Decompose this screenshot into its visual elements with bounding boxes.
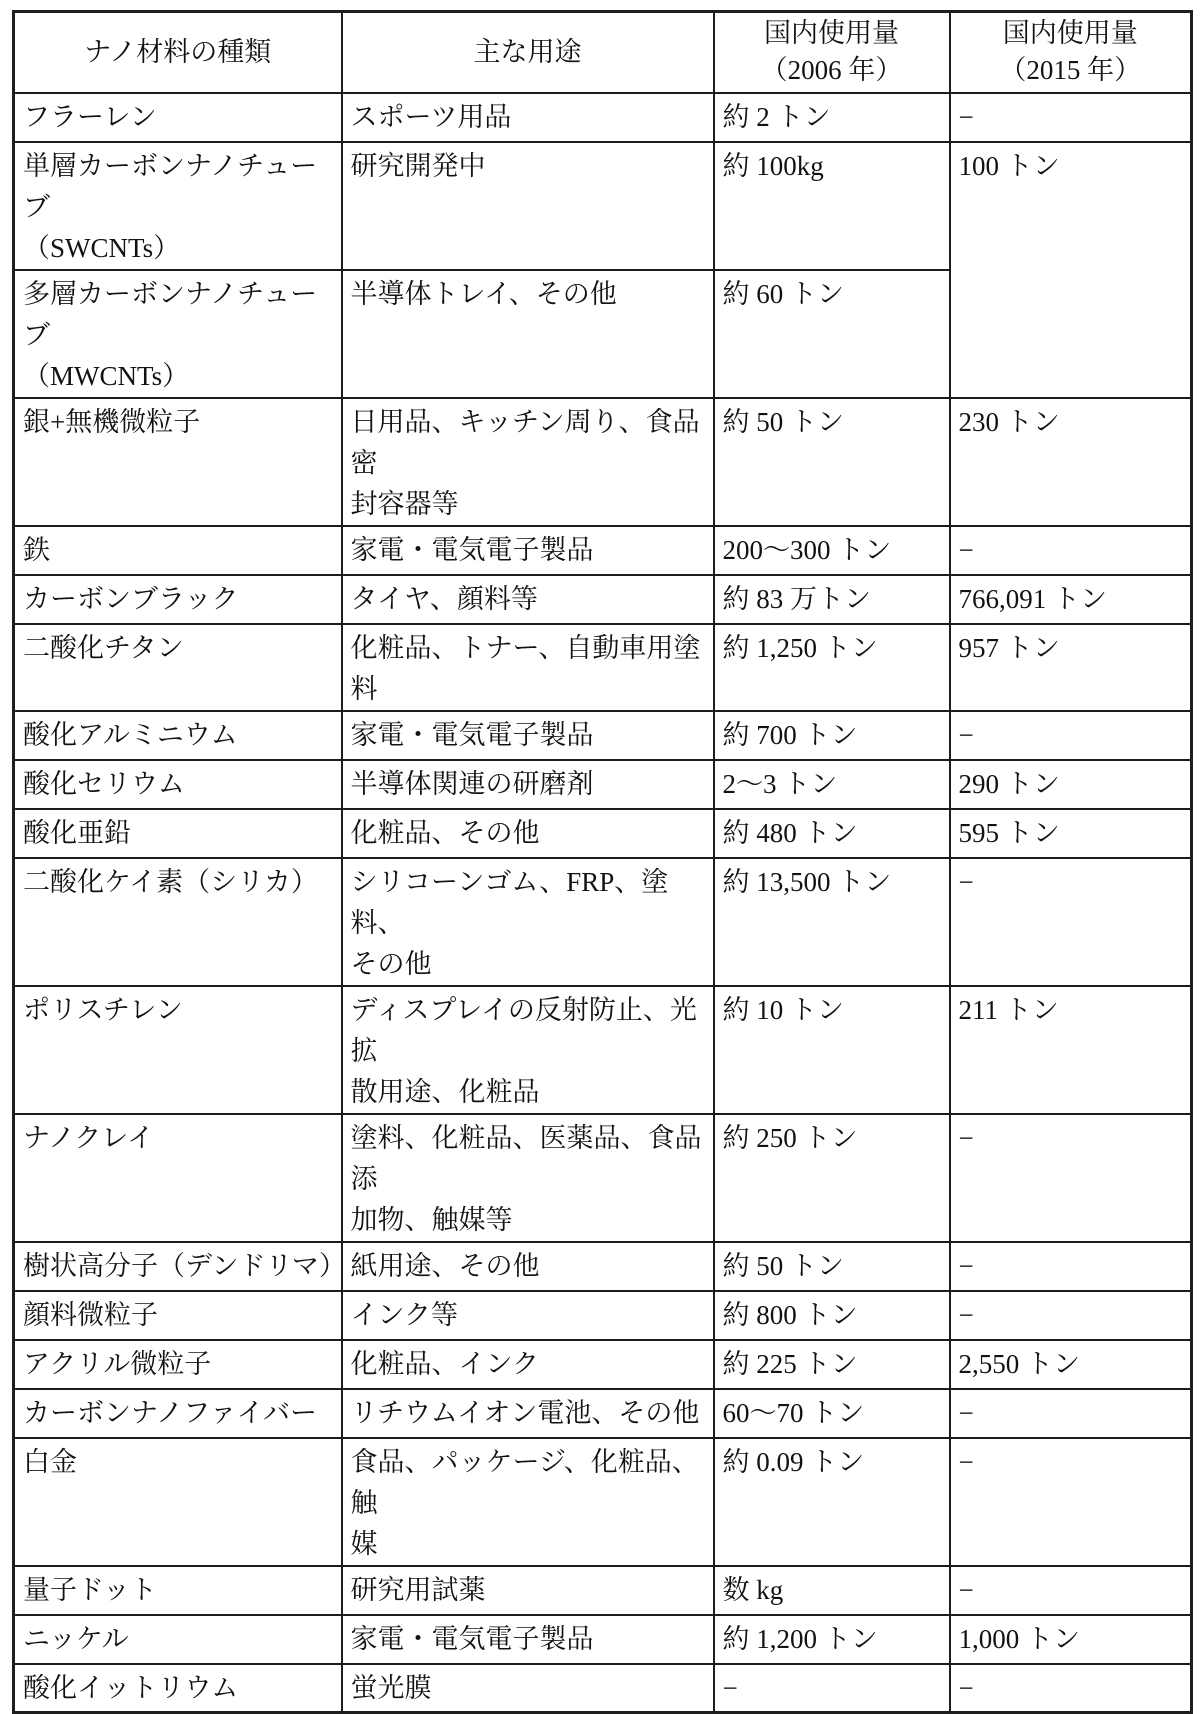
usage-2006-cell: 約 50 トン [714,1242,950,1291]
table-row: 顔料微粒子インク等約 800 トン− [14,1291,1192,1340]
table-row: 酸化亜鉛化粧品、その他約 480 トン595 トン [14,809,1192,858]
usage-2015-cell: − [950,1242,1192,1291]
use-cell: 日用品、キッチン周り、食品密 封容器等 [342,398,714,526]
use-cell: シリコーンゴム、FRP、塗料、 その他 [342,858,714,986]
usage-2015-cell: − [950,1438,1192,1566]
use-cell: ディスプレイの反射防止、光拡 散用途、化粧品 [342,986,714,1114]
usage-2006-cell: 約 13,500 トン [714,858,950,986]
usage-2015-cell: 766,091 トン [950,575,1192,624]
usage-2015-cell: 595 トン [950,809,1192,858]
usage-2006-cell: 60～70 トン [714,1389,950,1438]
table-row: 樹状高分子（デンドリマ）紙用途、その他約 50 トン− [14,1242,1192,1291]
column-header-usage-2015: 国内使用量 （2015 年） [950,12,1192,93]
usage-2006-cell: 約 1,200 トン [714,1615,950,1664]
use-cell: インク等 [342,1291,714,1340]
material-cell: ニッケル [14,1615,342,1664]
usage-2006-cell: 約 10 トン [714,986,950,1114]
material-cell: カーボンナノファイバー [14,1389,342,1438]
material-cell: アクリル微粒子 [14,1340,342,1389]
use-cell: スポーツ用品 [342,93,714,142]
usage-2015-cell: − [950,1389,1192,1438]
usage-2015-cell: 2,550 トン [950,1340,1192,1389]
usage-2006-cell: − [714,1664,950,1713]
material-cell: 酸化セリウム [14,760,342,809]
table-body: フラーレンスポーツ用品約 2 トン−単層カーボンナノチューブ （SWCNTs）研… [14,93,1192,1713]
material-cell: 二酸化チタン [14,624,342,711]
usage-2015-cell: 230 トン [950,398,1192,526]
usage-2015-cell: 1,000 トン [950,1615,1192,1664]
table-row: 二酸化ケイ素（シリカ）シリコーンゴム、FRP、塗料、 その他約 13,500 ト… [14,858,1192,986]
nanomaterials-table: ナノ材料の種類 主な用途 国内使用量 （2006 年） 国内使用量 （2015 … [12,10,1193,1714]
table-row: 酸化イットリウム蛍光膜−− [14,1664,1192,1713]
usage-2015-cell: − [950,711,1192,760]
usage-2006-cell: 約 83 万トン [714,575,950,624]
table-row: ニッケル家電・電気電子製品約 1,200 トン1,000 トン [14,1615,1192,1664]
material-cell: フラーレン [14,93,342,142]
usage-2015-cell: − [950,1291,1192,1340]
usage-2015-cell: − [950,526,1192,575]
usage-2015-cell: − [950,93,1192,142]
use-cell: 家電・電気電子製品 [342,711,714,760]
column-header-usage-2006: 国内使用量 （2006 年） [714,12,950,93]
usage-2015-cell: 100 トン [950,142,1192,398]
usage-2015-cell: − [950,1664,1192,1713]
table-row: 単層カーボンナノチューブ （SWCNTs）研究開発中約 100kg100 トン [14,142,1192,270]
use-cell: 家電・電気電子製品 [342,526,714,575]
usage-2006-cell: 200～300 トン [714,526,950,575]
material-cell: 樹状高分子（デンドリマ） [14,1242,342,1291]
use-cell: 化粧品、トナー、自動車用塗料 [342,624,714,711]
usage-2015-cell: 290 トン [950,760,1192,809]
use-cell: 半導体トレイ、その他 [342,270,714,398]
use-cell: 紙用途、その他 [342,1242,714,1291]
use-cell: リチウムイオン電池、その他 [342,1389,714,1438]
usage-2006-cell: 約 225 トン [714,1340,950,1389]
table-row: カーボンブラックタイヤ、顔料等約 83 万トン766,091 トン [14,575,1192,624]
use-cell: 蛍光膜 [342,1664,714,1713]
usage-2006-cell: 2～3 トン [714,760,950,809]
material-cell: 二酸化ケイ素（シリカ） [14,858,342,986]
table-row: カーボンナノファイバーリチウムイオン電池、その他60～70 トン− [14,1389,1192,1438]
table-row: 鉄家電・電気電子製品200～300 トン− [14,526,1192,575]
usage-2006-cell: 数 kg [714,1566,950,1615]
material-cell: ナノクレイ [14,1114,342,1242]
table-row: 酸化アルミニウム家電・電気電子製品約 700 トン− [14,711,1192,760]
usage-2006-cell: 約 0.09 トン [714,1438,950,1566]
use-cell: 研究用試薬 [342,1566,714,1615]
use-cell: 家電・電気電子製品 [342,1615,714,1664]
use-cell: 塗料、化粧品、医薬品、食品添 加物、触媒等 [342,1114,714,1242]
material-cell: 酸化アルミニウム [14,711,342,760]
table-row: 白金食品、パッケージ、化粧品、触 媒約 0.09 トン− [14,1438,1192,1566]
material-cell: 酸化亜鉛 [14,809,342,858]
usage-2015-cell: − [950,858,1192,986]
material-cell: 多層カーボンナノチューブ （MWCNTs） [14,270,342,398]
material-cell: 単層カーボンナノチューブ （SWCNTs） [14,142,342,270]
usage-2006-cell: 約 250 トン [714,1114,950,1242]
use-cell: タイヤ、顔料等 [342,575,714,624]
use-cell: 化粧品、その他 [342,809,714,858]
use-cell: 半導体関連の研磨剤 [342,760,714,809]
use-cell: 研究開発中 [342,142,714,270]
table-row: ナノクレイ塗料、化粧品、医薬品、食品添 加物、触媒等約 250 トン− [14,1114,1192,1242]
usage-2015-cell: 957 トン [950,624,1192,711]
column-header-use: 主な用途 [342,12,714,93]
usage-2006-cell: 約 50 トン [714,398,950,526]
usage-2015-cell: − [950,1114,1192,1242]
table-row: フラーレンスポーツ用品約 2 トン− [14,93,1192,142]
material-cell: 銀+無機微粒子 [14,398,342,526]
use-cell: 化粧品、インク [342,1340,714,1389]
usage-2015-cell: − [950,1566,1192,1615]
material-cell: 顔料微粒子 [14,1291,342,1340]
usage-2006-cell: 約 700 トン [714,711,950,760]
column-header-material: ナノ材料の種類 [14,12,342,93]
table-row: 銀+無機微粒子日用品、キッチン周り、食品密 封容器等約 50 トン230 トン [14,398,1192,526]
material-cell: 白金 [14,1438,342,1566]
document-page: ナノ材料の種類 主な用途 国内使用量 （2006 年） 国内使用量 （2015 … [0,0,1200,1381]
material-cell: ポリスチレン [14,986,342,1114]
table-row: アクリル微粒子化粧品、インク約 225 トン2,550 トン [14,1340,1192,1389]
usage-2006-cell: 約 800 トン [714,1291,950,1340]
usage-2006-cell: 約 480 トン [714,809,950,858]
material-cell: 鉄 [14,526,342,575]
usage-2006-cell: 約 1,250 トン [714,624,950,711]
use-cell: 食品、パッケージ、化粧品、触 媒 [342,1438,714,1566]
table-row: ポリスチレンディスプレイの反射防止、光拡 散用途、化粧品約 10 トン211 ト… [14,986,1192,1114]
material-cell: 量子ドット [14,1566,342,1615]
usage-2006-cell: 約 60 トン [714,270,950,398]
usage-2006-cell: 約 2 トン [714,93,950,142]
usage-2015-cell: 211 トン [950,986,1192,1114]
table-row: 量子ドット研究用試薬数 kg− [14,1566,1192,1615]
header-row: ナノ材料の種類 主な用途 国内使用量 （2006 年） 国内使用量 （2015 … [14,12,1192,93]
table-row: 二酸化チタン化粧品、トナー、自動車用塗料約 1,250 トン957 トン [14,624,1192,711]
table-row: 酸化セリウム半導体関連の研磨剤2～3 トン290 トン [14,760,1192,809]
material-cell: カーボンブラック [14,575,342,624]
usage-2006-cell: 約 100kg [714,142,950,270]
material-cell: 酸化イットリウム [14,1664,342,1713]
